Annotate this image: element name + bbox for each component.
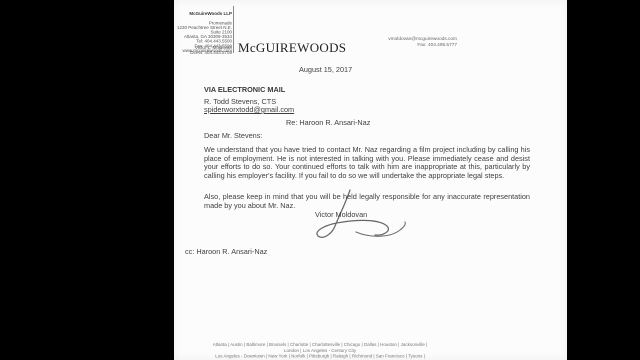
typed-signature-name: Victor Moldovan (315, 211, 367, 220)
office-footer-line2: Los Angeles - Downtown | New York | Norf… (210, 354, 430, 360)
date-line: August 15, 2017 (299, 66, 352, 75)
firm-logo: McGUIREWOODS (238, 40, 346, 56)
re-line: Re: Haroon R. Ansari-Naz (286, 119, 370, 128)
cc-line: cc: Haroon R. Ansari-Naz (185, 248, 267, 257)
firm-name: McGuireWoods LLP (157, 12, 232, 17)
salutation: Dear Mr. Stevens: (204, 132, 262, 141)
sender-email-fax-block: vmoldovan@mcguirewoods.com Fax: 404.495.… (347, 36, 457, 48)
office-locations-footer: Atlanta | Austin | Baltimore | Brussels … (210, 342, 430, 360)
office-footer-line1: Atlanta | Austin | Baltimore | Brussels … (210, 342, 430, 354)
body-paragraph-1: We understand that you have tried to con… (204, 146, 530, 180)
author-contact-block: Victor L. Moldovan Direct: 404.443.5708 (157, 45, 232, 55)
letter-page: McGuireWoods LLP Promenade 1230 Peachtre… (174, 0, 567, 360)
scanned-letter-content: McGuireWoods LLP Promenade 1230 Peachtre… (174, 0, 567, 360)
recipient-email: spiderworxtodd@gmail.com (204, 106, 294, 115)
letterhead-divider (233, 6, 234, 53)
delivery-method: VIA ELECTRONIC MAIL (204, 86, 285, 95)
